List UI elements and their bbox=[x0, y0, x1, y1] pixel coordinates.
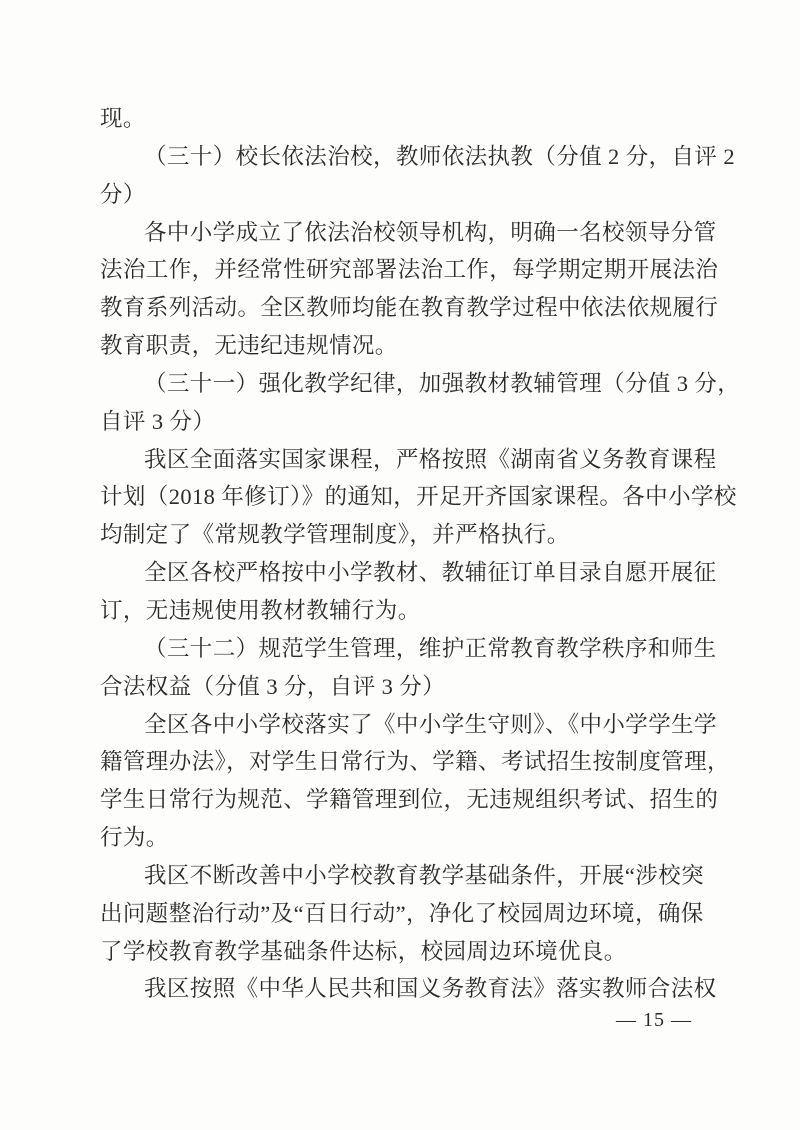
text-line: 我区按照《中华人民共和国义务教育法》落实教师合法权 bbox=[100, 970, 701, 1008]
section-heading-31: （三十一）强化教学纪律，加强教材教辅管理（分值 3 分， bbox=[100, 365, 701, 403]
section-heading-32: （三十二）规范学生管理，维护正常教育教学秩序和师生 bbox=[100, 630, 701, 668]
section-heading-31-cont: 自评 3 分） bbox=[100, 403, 701, 441]
section-heading-30: （三十）校长依法治校，教师依法执教（分值 2 分，自评 2 bbox=[100, 138, 701, 176]
section-heading-30-cont: 分） bbox=[100, 176, 701, 214]
document-body: 现。 （三十）校长依法治校，教师依法执教（分值 2 分，自评 2 分） 各中小学… bbox=[100, 100, 701, 1008]
document-page: 现。 （三十）校长依法治校，教师依法执教（分值 2 分，自评 2 分） 各中小学… bbox=[0, 0, 800, 1130]
text-line: 行为。 bbox=[100, 819, 701, 857]
text-line: 我区不断改善中小学校教育教学基础条件，开展“涉校突 bbox=[100, 857, 701, 895]
text-line: 计划（2018 年修订）》的通知，开足开齐国家课程。各中小学校 bbox=[100, 478, 701, 516]
text-line: 教育职责，无违纪违规情况。 bbox=[100, 327, 701, 365]
text-line: 法治工作，并经常性研究部署法治工作，每学期定期开展法治 bbox=[100, 251, 701, 289]
text-line: 籍管理办法》，对学生日常行为、学籍、考试招生按制度管理， bbox=[100, 743, 701, 781]
text-line: 各中小学成立了依法治校领导机构，明确一名校领导分管 bbox=[100, 214, 701, 252]
text-line: 均制定了《常规教学管理制度》，并严格执行。 bbox=[100, 516, 701, 554]
text-line: 全区各中小学校落实了《中小学生守则》、《中小学学生学 bbox=[100, 706, 701, 744]
section-heading-32-cont: 合法权益（分值 3 分，自评 3 分） bbox=[100, 668, 701, 706]
text-line: 学生日常行为规范、学籍管理到位，无违规组织考试、招生的 bbox=[100, 781, 701, 819]
text-line: 订，无违规使用教材教辅行为。 bbox=[100, 592, 701, 630]
text-line: 我区全面落实国家课程，严格按照《湖南省义务教育课程 bbox=[100, 441, 701, 479]
text-line: 了学校教育教学基础条件达标，校园周边环境优良。 bbox=[100, 933, 701, 971]
text-line: 出问题整治行动”及“百日行动”，净化了校园周边环境，确保 bbox=[100, 895, 701, 933]
page-number: — 15 — bbox=[616, 1009, 692, 1032]
text-line: 现。 bbox=[100, 100, 701, 138]
text-line: 全区各校严格按中小学教材、教辅征订单目录自愿开展征 bbox=[100, 554, 701, 592]
text-line: 教育系列活动。全区教师均能在教育教学过程中依法依规履行 bbox=[100, 289, 701, 327]
